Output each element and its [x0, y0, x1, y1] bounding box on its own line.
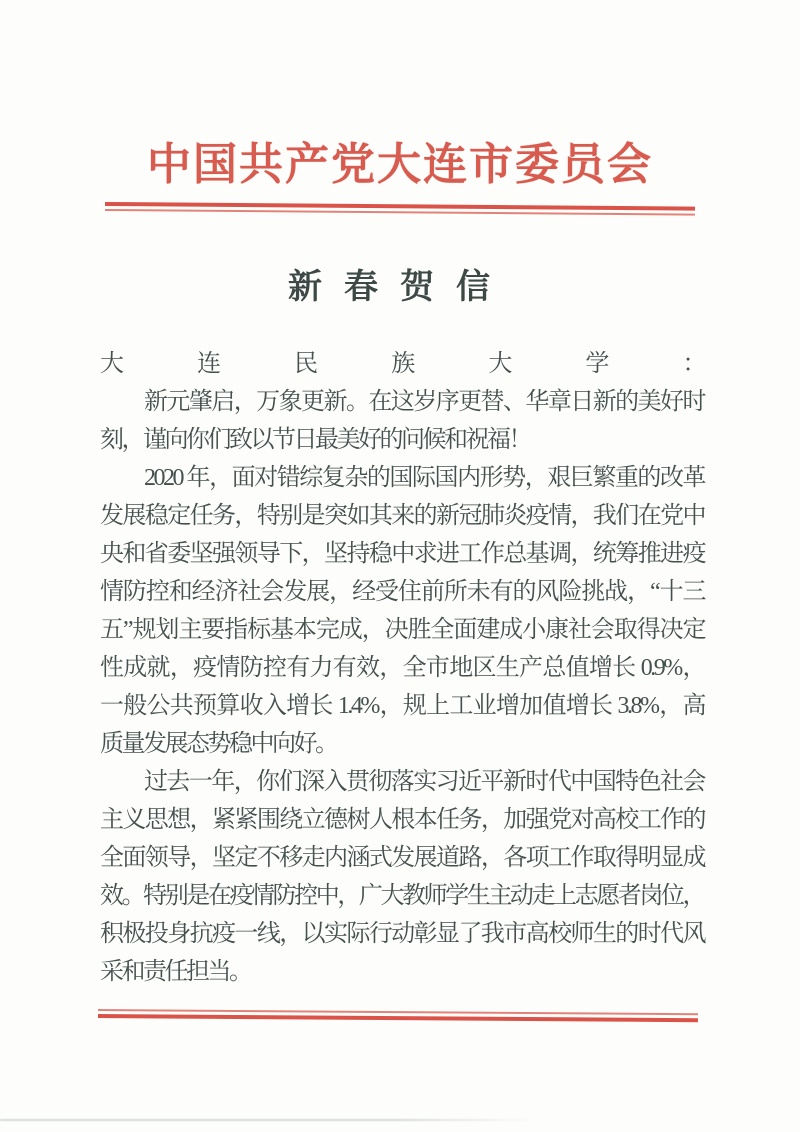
text-line: 效。特别是在疫情防控中，广大教师学生主动走上志愿者岗位， [100, 877, 704, 915]
text-line: 五”规划主要指标基本完成，决胜全面建成小康社会取得决定 [100, 611, 704, 649]
closing-double-rule [98, 1009, 698, 1022]
letterhead-org-title: 中国共产党大连市委员会 [0, 141, 800, 189]
salutation: 大连民族大学： [100, 345, 704, 383]
text-line: 刻，谨向你们致以节日最美好的问候和祝福！ [100, 421, 704, 459]
text-line: 质量发展态势稳中向好。 [100, 725, 704, 763]
scanned-letter-page: 中国共产党大连市委员会 新春贺信 大连民族大学： 新元肇启，万象更新。在这岁序更… [0, 0, 800, 1132]
text-line: 央和省委坚强领导下，坚持稳中求进工作总基调，统筹推进疫 [100, 535, 704, 573]
closing-rule-thick [98, 1014, 698, 1022]
page-edge-shadow [0, 1119, 535, 1121]
letterhead-rule-thin [105, 209, 695, 216]
letter-body: 大连民族大学： 新元肇启，万象更新。在这岁序更替、华章日新的美好时刻，谨向你们致… [100, 345, 704, 991]
text-line: 情防控和经济社会发展，经受住前所未有的风险挑战，“十三 [100, 573, 704, 611]
text-line: 新元肇启，万象更新。在这岁序更替、华章日新的美好时 [100, 383, 704, 421]
paragraphs-container: 新元肇启，万象更新。在这岁序更替、华章日新的美好时刻，谨向你们致以节日最美好的问… [100, 383, 704, 991]
letter-title: 新春贺信 [0, 266, 800, 310]
text-line: 全面领导，坚定不移走内涵式发展道路，各项工作取得明显成 [100, 839, 704, 877]
text-line: 2020 年，面对错综复杂的国际国内形势，艰巨繁重的改革 [100, 459, 704, 497]
text-line: 主义思想，紧紧围绕立德树人根本任务，加强党对高校工作的 [100, 801, 704, 839]
letterhead-double-rule [105, 202, 695, 216]
text-line: 性成就，疫情防控有力有效，全市地区生产总值增长 0.9%， [100, 649, 704, 687]
text-line: 采和责任担当。 [100, 953, 704, 991]
text-line: 积极投身抗疫一线，以实际行动彰显了我市高校师生的时代风 [100, 915, 704, 953]
text-line: 过去一年，你们深入贯彻落实习近平新时代中国特色社会 [100, 763, 704, 801]
text-line: 一般公共预算收入增长 1.4%，规上工业增加值增长 3.8%，高 [100, 687, 704, 725]
text-line: 发展稳定任务，特别是突如其来的新冠肺炎疫情，我们在党中 [100, 497, 704, 535]
